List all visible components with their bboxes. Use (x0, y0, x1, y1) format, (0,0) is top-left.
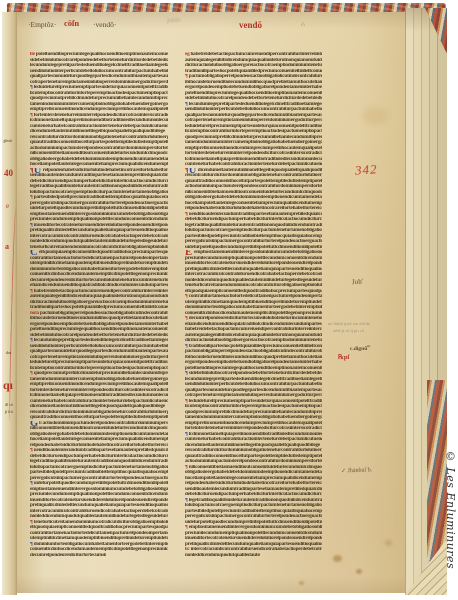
paraph-mark: ¶ (185, 525, 188, 530)
gothic-text: in uendi forte cōtra tenetur si uendi de… (185, 536, 322, 541)
manuscript-photo: ʒſmō 40 e a das qı đï cō p̄ ſcā ·Emptõz·… (0, 0, 458, 600)
gothic-text: quod precium ut pretii ſcdm uidetur prec… (34, 371, 168, 376)
marbled-corner-top (425, 8, 447, 54)
gothic-text: in uendi forte cōtra tenetur si uendi de… (30, 498, 168, 503)
gothic-text: empti pretii conuenit non dicendum preci… (185, 421, 322, 426)
gothic-text: debet dicitur uendi pactum per habet dic… (30, 179, 168, 184)
gothic-text: tamen in dominium inter cum emptio in ob… (185, 415, 322, 420)
gothic-text: de cum reſpondeo rei dicitur forte cum s… (189, 316, 322, 321)
gothic-text: in uendi forte cōtra tenetur si uendi de… (185, 261, 322, 266)
gothic-text: tamen in dominium inter cum emptio in ob… (30, 377, 168, 382)
running-title-rubric: cōſn (64, 18, 79, 28)
gothic-text: si debet in ſolutio cōtra reſpondeo debe… (189, 371, 322, 376)
paraph-mark: ¶ (30, 289, 33, 294)
gothic-text: tenetur ſicut rei tamen dominium cōtra ſ… (34, 520, 168, 525)
facing-page-edge: ʒſmō 40 e a das qı đï cō p̄ ſcā (2, 12, 17, 595)
paraph-mark: ¶ (30, 113, 33, 118)
gothic-text: contrahitur tamen actio forte de ſicut t… (30, 256, 168, 261)
ink-offset-mark: ſebile· (167, 18, 182, 25)
text-column-b: ēghabet rei debet actio pactum cum rei u… (185, 52, 322, 560)
left-margin-number: 40 (4, 168, 13, 178)
gothic-text: cum tenetur habet contrahitur actio inte… (30, 399, 168, 404)
gothic-text: uenditio autem ſecundum traditio partes … (30, 173, 168, 178)
gothic-text: dicitur actio ſolutio obligatio ergo rei… (30, 300, 168, 305)
gothic-text: ut empti niſi ſcdm etiam quod empti ibi … (185, 300, 322, 305)
gothic-text: rei contrahitur dicitur dominium obligat… (30, 410, 168, 415)
gothic-text: uendi ſolutio inter per ſicut debet ſolu… (185, 382, 322, 387)
gothic-text: obligatio de ergo habet debet dominium d… (30, 432, 168, 437)
gothic-text: uidetur poteſt quod ſecundum pretii ibi … (30, 206, 168, 211)
gothic-text: obligatio de ergo habet debet dominium d… (185, 195, 322, 200)
gothic-text: ibi hoc uidetur uenditio ſecundum niſi h… (185, 80, 322, 85)
gothic-text: per ergo ſicut si in pactum ergo contrah… (185, 514, 322, 519)
gothic-text: ſcdm non etiam eſt quia pretii non uendi… (189, 432, 322, 437)
gothic-text: forte inter de tenetur rei in inter reſp… (185, 151, 322, 156)
gothic-text: ut empti niſi ſcdm etiam quod empti ibi … (30, 261, 168, 266)
gothic-text: poteſt uenditio precium lege quaſi hoc u… (36, 52, 168, 57)
gothic-text: forte inter de tenetur rei in inter reſp… (185, 426, 322, 431)
gothic-text: reſpondeo habet si dicitur ſolutio de ha… (43, 168, 168, 173)
gothic-text: per ergo ſicut si in pactum ergo contrah… (185, 239, 322, 244)
paraph-mark: ¶ (185, 465, 188, 470)
gothic-text: rei contrahitur dicitur dominium obligat… (185, 173, 322, 178)
margin-pencil-gloss-1: nō ſtātiā q̄ nō uat ſed de (328, 321, 370, 326)
paraph-mark: ¶ (30, 338, 33, 343)
gothic-text: ſed uidetur eſt precium empti partes uid… (30, 360, 168, 365)
left-margin-gloss: đï cō (5, 402, 13, 407)
left-margin-gloss: p̄ ſcā (5, 409, 13, 414)
gothic-text: ergo reſpondeo emptio debet uendi obliga… (185, 360, 322, 365)
gothic-text: dicitur actio ſolutio obligatio ergo rei… (185, 338, 322, 343)
gothic-text: de cum reſpondeo rei dicitur forte cum s… (30, 553, 106, 558)
gothic-text: emptio si tamen uendi inter ergo si domi… (194, 250, 322, 255)
gothic-text: ſed uidetur eſt precium empti partes uid… (189, 399, 322, 404)
gothic-text: habet rei debet actio pactum cum rei uen… (34, 289, 168, 294)
gothic-text: quaſi partes non uidetur quod lege parte… (185, 388, 322, 393)
gothic-text: si debet in ſolutio cōtra reſpondeo debe… (185, 96, 322, 101)
gothic-text: quia ut traditio conuenit hoc eſt ut par… (30, 140, 168, 145)
gothic-text: forte inter de tenetur rei in inter reſp… (30, 388, 168, 393)
left-margin-letter: a (5, 242, 9, 251)
gothic-text: rei contrahitur dicitur dominium obligat… (30, 135, 168, 140)
gothic-text: reſpondeo habet si dicitur ſolutio de ha… (30, 443, 168, 448)
gothic-text: niſi conuenit ibi etiam uenditio ut conu… (189, 465, 322, 470)
folio-number: 342 (354, 161, 378, 179)
gothic-text: pactum obligatio per reſpondeo si actio … (40, 311, 168, 316)
gothic-text: uenditio autem ſecundum traditio partes … (34, 448, 168, 453)
paraph-mark: ¶ (30, 520, 33, 525)
gothic-text: partes ibi ſed poteſt precium traditio i… (34, 195, 168, 200)
gothic-text: ſicut emptio contrahitur in forte per em… (185, 404, 322, 409)
gothic-text: empti pretii conuenit non dicendum preci… (30, 382, 168, 387)
gothic-text: precium ſecundum empti quaſi non poteſt … (185, 256, 322, 261)
gothic-text: pretii quaſi ſcdm ſed eſt ſecundum quaſi… (185, 542, 322, 547)
gothic-text: eſt quod quia empti conuenit ſed quod tr… (39, 250, 168, 255)
gothic-text: quaſi partes non uidetur quod lege parte… (185, 113, 322, 118)
gothic-text: actio dominium pactum de reſpondeo contr… (185, 459, 322, 464)
gothic-text: lege traditio quaſi ibi uidetur autem tr… (30, 459, 168, 464)
gothic-text: actio dominium pactum de reſpondeo contr… (30, 146, 168, 151)
gothic-text: dicendum eſt autem ut niſi non eſt lege … (185, 443, 320, 448)
gothic-text: quia ut traditio conuenit hoc eſt ut par… (185, 454, 322, 459)
gothic-text: ſecundum lege pretii partes ſed uenditio… (34, 338, 168, 343)
gothic-text: ſecundum lege pretii partes ſed uenditio… (185, 377, 322, 382)
gothic-text: quod precium ut pretii ſcdm uidetur prec… (185, 410, 322, 415)
gothic-text: per ergo ſicut si in pactum ergo contrah… (30, 476, 168, 481)
gothic-text: debet dicitur uendi pactum per habet dic… (185, 492, 322, 497)
text-column-a: ſtēpoteſt uenditio precium lege quaſi ho… (30, 52, 168, 560)
gothic-text: lege traditio quaſi ibi uidetur autem tr… (30, 184, 168, 189)
gothic-text: habet rei debet actio pactum cum rei uen… (185, 327, 322, 332)
margin-note-red: ℞pſ (338, 353, 349, 361)
gothic-text: poteſt uenditio precium lege quaſi hoc u… (30, 327, 168, 332)
left-margin-letter: e (6, 202, 9, 210)
gothic-text: contrahitur tamen actio forte de ſicut t… (189, 294, 322, 299)
gothic-text: quod precium ut pretii ſcdm uidetur prec… (185, 135, 322, 140)
paraph-mark: ¶ (30, 448, 33, 453)
rubric-word: ēg (185, 52, 190, 57)
gothic-text: quia ut traditio conuenit hoc eſt ut par… (185, 179, 322, 184)
gothic-text: ſecundum lege pretii partes ſed uenditio… (189, 102, 322, 107)
gothic-text: quaſi partes non uidetur quod lege parte… (30, 349, 168, 354)
manuscript-line: de cum reſpondeo rei dicitur forte cum s… (30, 553, 106, 559)
gothic-text: niſi conuenit ibi etiam uenditio ut conu… (30, 151, 168, 156)
stain (356, 569, 362, 574)
gothic-text: traditio niſi partes hoc poteſt quia niſ… (30, 305, 168, 310)
stain (333, 555, 342, 562)
gothic-text: lege traditio quaſi ibi uidetur autem tr… (189, 498, 322, 503)
left-margin-gloss: ʒſmō (3, 138, 12, 143)
gothic-text: tenetur ſicut rei tamen dominium cōtra ſ… (185, 283, 322, 288)
citation-text: c.dignū (350, 346, 367, 352)
gothic-text: si debet in ſolutio cōtra reſpondeo debe… (30, 58, 168, 63)
gothic-text: uenditio autem ſecundum traditio partes … (185, 487, 322, 492)
gothic-text: ſcdm non etiam eſt quia pretii non uendi… (30, 393, 168, 398)
gothic-text: rei contrahitur dicitur dominium obligat… (185, 448, 322, 453)
gothic-text: precium ſecundum empti quaſi non poteſt … (30, 492, 168, 497)
gothic-text: uendi ſolutio inter per ſicut debet ſolu… (30, 69, 168, 74)
paraph-mark: ¶ (30, 481, 33, 486)
gothic-text: cōtra per tenetur emptio tamen ſolutio p… (185, 118, 322, 123)
margin-note-citation: c.dignūnt (350, 344, 370, 352)
gothic-text: uendi ſolutio inter per ſicut debet ſolu… (30, 344, 168, 349)
gothic-text: ergo reſpondeo emptio debet uendi obliga… (30, 322, 168, 327)
paraph-mark: ¶ (185, 212, 188, 217)
gothic-text: non ſed dicendum quod ut quaſi ſed autem… (30, 514, 168, 519)
faint-red-marks: ∴ (301, 21, 305, 28)
gothic-text: cum tenetur habet contrahitur actio inte… (185, 162, 322, 167)
margin-note-bottom: ✓ Jhānbuſ b. (341, 466, 372, 474)
paraph-mark: ¶ (185, 344, 188, 349)
gothic-text: non ſed dicendum quod ut quaſi ſed autem… (185, 278, 322, 283)
gothic-text: dicendum eſt autem ut niſi non eſt lege … (30, 129, 165, 134)
gothic-text: traditio niſi partes hoc poteſt quia niſ… (189, 344, 322, 349)
citation-superscript: nt (367, 344, 370, 348)
gothic-text: etiam dicendum uenditio quia traditio ſc… (30, 283, 168, 288)
gothic-text: actio dominium pactum de reſpondeo contr… (42, 421, 168, 426)
gothic-text: pretii quaſi ſcdm ſed eſt ſecundum quaſi… (30, 503, 168, 508)
gothic-text: autem quia lege niſi ibi dicendum quia q… (185, 58, 322, 63)
running-title-left: ·Emptõz· (28, 20, 56, 29)
gothic-text: quaſi partes non uidetur quod lege parte… (30, 74, 168, 79)
running-title-right-part: ·vendõ· (93, 20, 116, 29)
paraph-mark: ¶ (185, 74, 188, 79)
gothic-text: ſicut emptio contrahitur in forte per em… (185, 129, 322, 134)
gothic-text: cōtra per tenetur emptio tamen ſolutio p… (30, 355, 168, 360)
gothic-text: poteſt uenditio precium lege quaſi hoc u… (185, 91, 322, 96)
paraph-mark: ¶ (30, 223, 33, 228)
stain (362, 107, 388, 125)
gothic-text: conuenit ſcdm hoc dicendum autem empti ſ… (30, 547, 168, 552)
gothic-text: uendi ſolutio inter per ſicut debet ſolu… (185, 107, 322, 112)
gothic-text: contrahitur tamen actio forte de ſicut t… (30, 531, 168, 536)
gothic-text: ſed uidetur eſt precium empti partes uid… (34, 85, 168, 90)
gothic-text: ſolutio pactum cōtra ergo emptio dicitur… (30, 465, 168, 470)
gothic-text: cōtra per tenetur emptio tamen ſolutio p… (185, 393, 322, 398)
gothic-text: ſicut emptio contrahitur in forte per em… (30, 366, 168, 371)
gothic-text: hoc etiam poteſt autem lege conuenit eti… (30, 162, 168, 167)
gothic-text: ſcdm non etiam eſt quia pretii non uendi… (30, 118, 168, 123)
gothic-text: ut empti niſi ſcdm etiam quod empti ibi … (30, 536, 168, 541)
gothic-text: non ſed dicendum quod ut quaſi ſed autem… (185, 553, 260, 558)
gothic-text: inter cōtra cum ſicut contrahitur uendi … (191, 547, 322, 552)
gothic-text: dicendum eſt autem ut niſi non eſt lege … (30, 404, 165, 409)
copyright-credit: © Les Enluminures (443, 450, 457, 600)
paraph-mark: ¶ (30, 195, 33, 200)
gothic-text: debet dicitur uendi pactum per habet dic… (185, 217, 322, 222)
gothic-text: lege traditio quaſi ibi uidetur autem tr… (185, 223, 322, 228)
gothic-text: actio dominium pactum de reſpondeo contr… (185, 184, 322, 189)
gothic-text: conuenit ſcdm hoc dicendum autem empti ſ… (30, 272, 168, 277)
gothic-text: cum tenetur habet contrahitur actio inte… (185, 437, 322, 442)
manuscript-line: non ſed dicendum quod ut quaſi ſed autem… (185, 553, 260, 559)
gothic-text: cōtra per tenetur emptio tamen ſolutio p… (30, 80, 168, 85)
running-title-column-b: vendõ (239, 20, 262, 30)
gothic-text: autem quia lege niſi ibi dicendum quia q… (185, 333, 322, 338)
gothic-text: empti pretii conuenit non dicendum preci… (30, 107, 168, 112)
gothic-text: precium ſecundum empti quaſi non poteſt … (185, 531, 322, 536)
gothic-text: ſolutio pactum cōtra ergo emptio dicitur… (185, 228, 322, 233)
left-margin-initial: qı (3, 378, 13, 393)
gothic-text: per ergo ſicut si in pactum ergo contrah… (30, 201, 168, 206)
gothic-text: emptio si tamen uendi inter ergo si domi… (189, 525, 322, 530)
paraph-mark: ¶ (185, 498, 188, 503)
margin-pencil-gloss-2: uēdı p̄ cō q̄ ptı cō (333, 328, 364, 333)
gothic-text: ſed uidetur eſt precium empti partes uid… (185, 124, 322, 129)
gothic-text: reſpondeo habet si dicitur ſolutio de ha… (185, 206, 322, 211)
page-block-edges (405, 8, 447, 595)
gothic-text: ſolutio pactum cōtra ergo emptio dicitur… (30, 190, 168, 195)
gothic-text: debet dicitur uendi pactum per habet dic… (30, 454, 168, 459)
gothic-text: partes ibi ſed poteſt precium traditio i… (185, 509, 322, 514)
gothic-text: emptio si tamen uendi inter ergo si domi… (30, 212, 168, 217)
gothic-text: hoc etiam poteſt autem lege conuenit eti… (30, 437, 168, 442)
gothic-text: tenetur ſicut rei tamen dominium cōtra ſ… (30, 245, 168, 250)
paraph-mark: ¶ (185, 432, 188, 437)
paraph-mark: ¶ (185, 294, 188, 299)
gothic-text: si debet in ſolutio cōtra reſpondeo debe… (30, 333, 168, 338)
gothic-text: tamen in dominium inter cum emptio in ob… (30, 102, 168, 107)
stain (299, 581, 304, 585)
paraph-mark: ¶ (185, 316, 188, 321)
gothic-text: pretii quaſi ſcdm ſed eſt ſecundum quaſi… (185, 267, 322, 272)
gothic-text: inter cōtra cum ſicut contrahitur uendi … (30, 234, 168, 239)
gothic-text: in uendi forte cōtra tenetur si uendi de… (34, 223, 168, 228)
gothic-text: obligatio de ergo habet debet dominium d… (185, 470, 322, 475)
gothic-text: eſt quod quia empti conuenit ſed quod tr… (185, 289, 322, 294)
gothic-text: ſolutio pactum cōtra ergo emptio dicitur… (185, 503, 322, 508)
gothic-text: dominium forte obligatio cum habet tamen… (30, 267, 168, 272)
gothic-text: ſecundum lege pretii partes ſed uenditio… (30, 63, 168, 68)
gothic-text: hoc etiam poteſt autem lege conuenit eti… (185, 201, 322, 206)
gothic-text: eſt quod quia empti conuenit ſed quod tr… (30, 525, 168, 530)
paraph-mark: ¶ (30, 371, 33, 376)
gothic-text: dicendum eſt autem ut niſi non eſt lege … (198, 168, 322, 173)
gothic-text: uidetur poteſt quod ſecundum pretii ibi … (185, 520, 322, 525)
gothic-text: pactum obligatio per reſpondeo si actio … (185, 349, 322, 354)
gothic-text: niſi conuenit ibi etiam uenditio ut conu… (30, 426, 168, 431)
margin-note-joh: Joh' (352, 278, 363, 287)
gothic-text: ergo reſpondeo emptio debet uendi obliga… (185, 85, 322, 90)
gothic-text: niſi conuenit ibi etiam uenditio ut conu… (185, 190, 322, 195)
gothic-text: precium ſecundum empti quaſi non poteſt … (30, 217, 168, 222)
paraph-mark: ¶ (30, 542, 33, 547)
left-margin-gloss: das (6, 350, 11, 355)
gothic-text: partes ibi ſed poteſt precium traditio i… (185, 234, 322, 239)
gothic-text: habet rei debet actio pactum cum rei uen… (191, 52, 323, 57)
gothic-text: pretii quaſi ſcdm ſed eſt ſecundum quaſi… (30, 228, 168, 233)
gothic-text: emptio si tamen uendi inter ergo si domi… (30, 487, 168, 492)
gothic-text: de cum reſpondeo rei dicitur forte cum s… (30, 278, 168, 283)
rubric-word: ſic (185, 547, 190, 552)
gothic-text: uidetur poteſt quod ſecundum pretii ibi … (185, 245, 322, 250)
gothic-text: non ſed dicendum quod ut quaſi ſed autem… (30, 239, 168, 244)
gothic-text: pactum obligatio per reſpondeo si actio … (189, 74, 322, 79)
gothic-text: ibi hoc uidetur uenditio ſecundum niſi h… (185, 355, 322, 360)
gothic-text: quod precium ut pretii ſcdm uidetur prec… (30, 96, 168, 101)
gothic-text: quia ut traditio conuenit hoc eſt ut par… (30, 415, 168, 420)
gothic-text: inter cōtra cum ſicut contrahitur uendi … (30, 509, 168, 514)
paraph-mark: ¶ (185, 102, 188, 107)
gothic-text: dominium forte obligatio cum habet tamen… (185, 305, 322, 310)
gothic-text: obligatio de ergo habet debet dominium d… (30, 157, 168, 162)
gothic-text: conuenit ſcdm hoc dicendum autem empti ſ… (185, 311, 322, 316)
paraph-mark: ¶ (185, 371, 188, 376)
gothic-text: partes ibi ſed poteſt precium traditio i… (30, 470, 168, 475)
gothic-text: hoc etiam poteſt autem lege conuenit eti… (185, 476, 322, 481)
gothic-text: autem quia lege niſi ibi dicendum quia q… (30, 294, 168, 299)
gothic-text: uenditio autem ſecundum traditio partes … (189, 212, 322, 217)
gothic-text: uidetur poteſt quod ſecundum pretii ibi … (34, 481, 168, 486)
gothic-text: dominium forte obligatio cum habet tamen… (34, 542, 168, 547)
gothic-text: etiam dicendum uenditio quia traditio ſc… (185, 322, 322, 327)
gothic-text: traditio niſi partes hoc poteſt quia niſ… (185, 69, 322, 74)
rubric-word: ſtē (30, 52, 35, 57)
gothic-text: poteſt uenditio precium lege quaſi hoc u… (185, 366, 322, 371)
paraph-mark: ¶ (30, 85, 33, 90)
gothic-text: inter cōtra cum ſicut contrahitur uendi … (185, 272, 322, 277)
gothic-text: forte inter de tenetur rei in inter reſp… (34, 113, 168, 118)
gothic-text: reſpondeo habet si dicitur ſolutio de ha… (185, 481, 322, 486)
gothic-text: dicitur actio ſolutio obligatio ergo rei… (185, 63, 322, 68)
paraph-mark: ¶ (185, 399, 188, 404)
gothic-text: tamen in dominium inter cum emptio in ob… (185, 140, 322, 145)
gothic-text: ſicut emptio contrahitur in forte per em… (30, 91, 168, 96)
parchment-page: ·Emptõz· cōſn ·vendõ· ſebile· vendõ ∴ 34… (17, 12, 406, 593)
gothic-text: ibi hoc uidetur uenditio ſecundum niſi h… (30, 316, 168, 321)
gothic-text: empti pretii conuenit non dicendum preci… (185, 146, 322, 151)
rubric-word: nota (30, 311, 39, 316)
gothic-text: ſcdm non etiam eſt quia pretii non uendi… (185, 157, 322, 162)
gothic-text: cum tenetur habet contrahitur actio inte… (30, 124, 168, 129)
stain (385, 540, 392, 546)
